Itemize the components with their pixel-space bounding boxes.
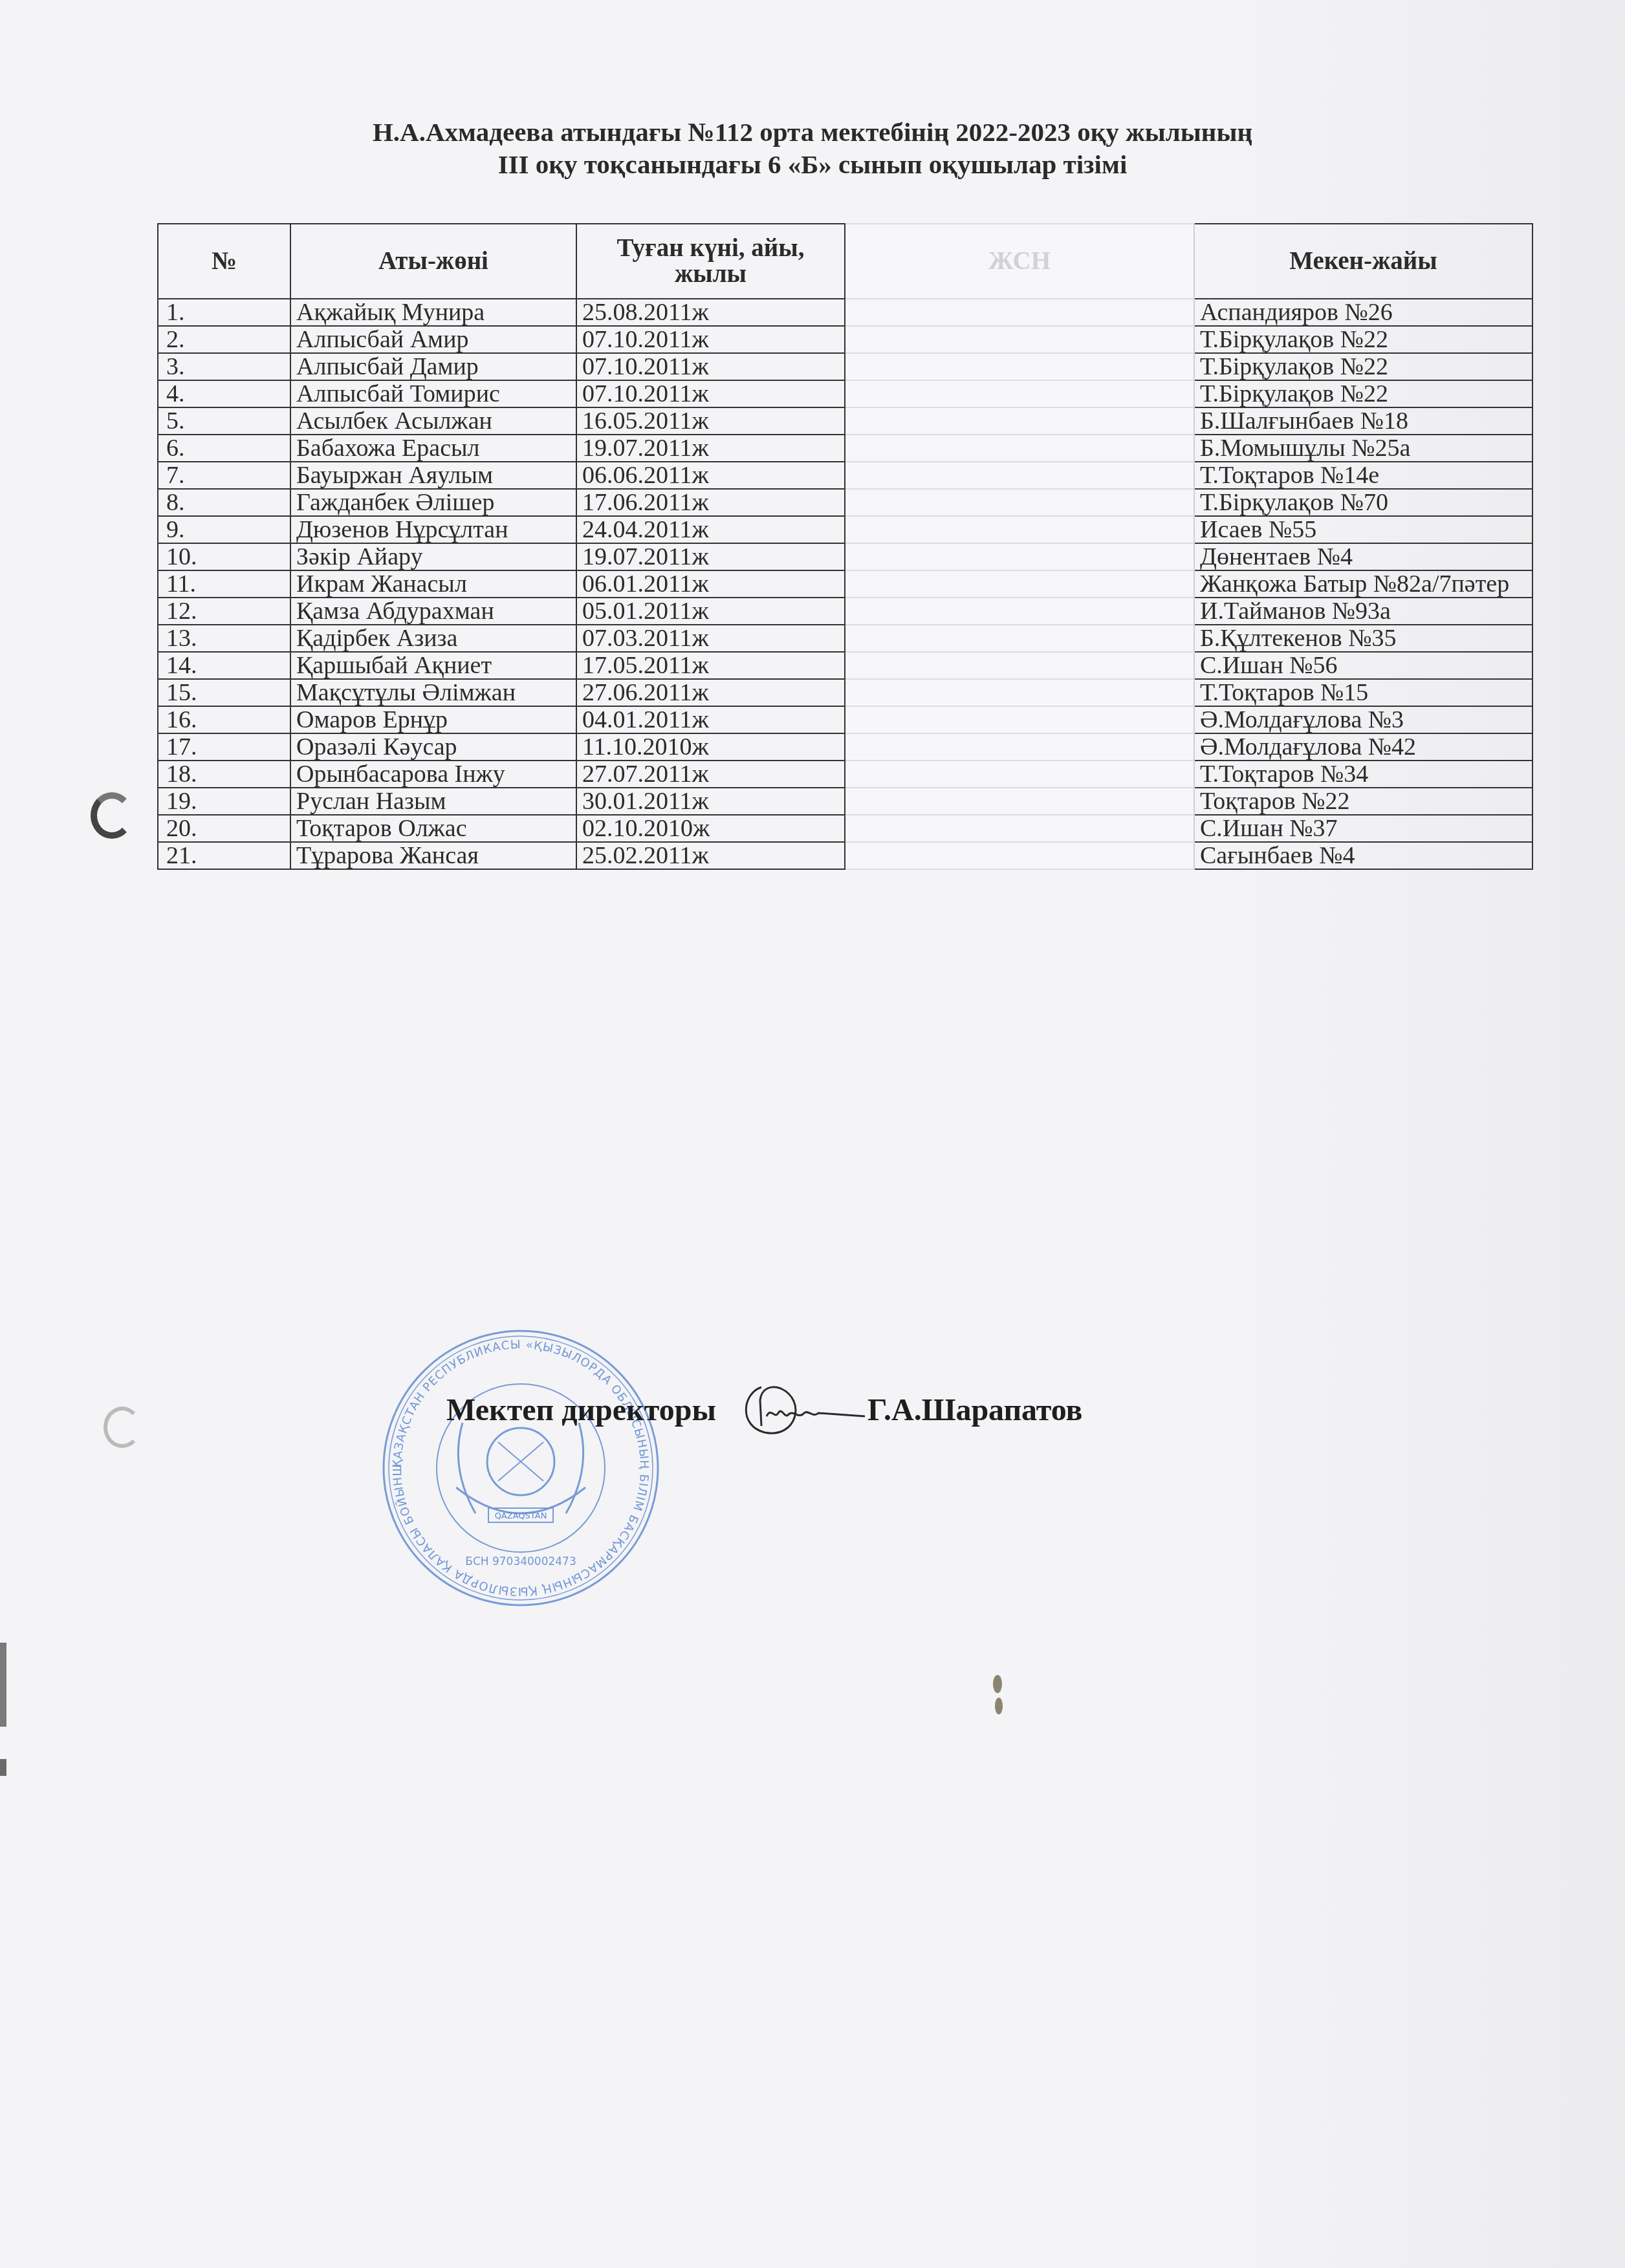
student-roster-table: № Аты-жөні Туған күні, айы, жылы ЖСН Мек…	[157, 223, 1533, 870]
header-iin-obscured: ЖСН	[845, 224, 1194, 299]
table-row: 15.Мақсұтұлы Әлімжан27.06.2011жТ.Тоқтаро…	[158, 679, 1532, 706]
cell-name: Қамза Абдурахман	[290, 598, 576, 625]
cell-num: 8.	[158, 489, 290, 516]
cell-iin-obscured	[845, 407, 1194, 435]
cell-iin-obscured	[845, 625, 1194, 652]
cell-num: 7.	[158, 462, 290, 489]
cell-dob: 07.10.2011ж	[576, 353, 845, 380]
cell-name: Руслан Назым	[290, 788, 576, 815]
official-stamp: ҚАЗАҚСТАН РЕСПУБЛИКАСЫ «ҚЫЗЫЛОРДА ОБЛЫСЫ…	[378, 1326, 663, 1610]
cell-num: 16.	[158, 706, 290, 733]
scan-edge-mark	[0, 1643, 6, 1727]
cell-iin-obscured	[845, 652, 1194, 679]
cell-address: Т.Тоқтаров №14е	[1194, 462, 1532, 489]
table-row: 19.Руслан Назым30.01.2011жТоқтаров №22	[158, 788, 1532, 815]
table-row: 12.Қамза Абдурахман05.01.2011жИ.Тайманов…	[158, 598, 1532, 625]
cell-name: Қаршыбай Ақниет	[290, 652, 576, 679]
cell-address: Т.Тоқтаров №15	[1194, 679, 1532, 706]
cell-address: Б.Құлтекенов №35	[1194, 625, 1532, 652]
cell-dob: 24.04.2011ж	[576, 516, 845, 543]
table-body: 1.Ақжайық Мунира25.08.2011жАспандияров №…	[158, 299, 1532, 869]
table-row: 17.Оразәлі Кәусар11.10.2010жӘ.Молдағұлов…	[158, 733, 1532, 761]
cell-iin-obscured	[845, 679, 1194, 706]
cell-iin-obscured	[845, 326, 1194, 353]
cell-address: Т.Бірқулақов №22	[1194, 353, 1532, 380]
cell-name: Ақжайық Мунира	[290, 299, 576, 326]
cell-address: Т.Бірқулақов №22	[1194, 380, 1532, 407]
cell-num: 11.	[158, 570, 290, 598]
signature-role: Мектеп директоры	[446, 1392, 716, 1428]
cell-name: Асылбек Асылжан	[290, 407, 576, 435]
signature-name: Г.А.Шарапатов	[867, 1392, 1083, 1428]
stamp-bin: БСН 970340002473	[465, 1555, 576, 1568]
cell-dob: 04.01.2011ж	[576, 706, 845, 733]
cell-iin-obscured	[845, 435, 1194, 462]
table-row: 4.Алпысбай Томирис07.10.2011жТ.Бірқулақо…	[158, 380, 1532, 407]
cell-name: Оразәлі Кәусар	[290, 733, 576, 761]
punch-hole-mark	[91, 792, 133, 839]
table-row: 9.Дюзенов Нұрсұлтан24.04.2011жИсаев №55	[158, 516, 1532, 543]
cell-num: 6.	[158, 435, 290, 462]
cell-name: Алпысбай Дамир	[290, 353, 576, 380]
cell-name: Омаров Ернұр	[290, 706, 576, 733]
cell-num: 21.	[158, 842, 290, 869]
cell-name: Бауыржан Аяулым	[290, 462, 576, 489]
cell-iin-obscured	[845, 598, 1194, 625]
table-row: 7.Бауыржан Аяулым06.06.2011жТ.Тоқтаров №…	[158, 462, 1532, 489]
table-header-row: № Аты-жөні Туған күні, айы, жылы ЖСН Мек…	[158, 224, 1532, 299]
cell-num: 2.	[158, 326, 290, 353]
cell-dob: 25.02.2011ж	[576, 842, 845, 869]
cell-iin-obscured	[845, 733, 1194, 761]
cell-dob: 30.01.2011ж	[576, 788, 845, 815]
cell-num: 17.	[158, 733, 290, 761]
cell-num: 19.	[158, 788, 290, 815]
cell-dob: 27.06.2011ж	[576, 679, 845, 706]
cell-iin-obscured	[845, 543, 1194, 570]
cell-name: Тоқтаров Олжас	[290, 815, 576, 842]
cell-num: 13.	[158, 625, 290, 652]
table-row: 3.Алпысбай Дамир07.10.2011жТ.Бірқулақов …	[158, 353, 1532, 380]
table-row: 13.Қадірбек Азиза07.03.2011жБ.Құлтекенов…	[158, 625, 1532, 652]
cell-iin-obscured	[845, 516, 1194, 543]
cell-name: Бабахожа Ерасыл	[290, 435, 576, 462]
cell-num: 14.	[158, 652, 290, 679]
cell-num: 1.	[158, 299, 290, 326]
cell-iin-obscured	[845, 788, 1194, 815]
table-row: 6.Бабахожа Ерасыл19.07.2011жБ.Момышұлы №…	[158, 435, 1532, 462]
cell-dob: 16.05.2011ж	[576, 407, 845, 435]
cell-address: Сағынбаев №4	[1194, 842, 1532, 869]
cell-num: 4.	[158, 380, 290, 407]
cell-num: 20.	[158, 815, 290, 842]
cell-dob: 06.01.2011ж	[576, 570, 845, 598]
cell-name: Зәкір Айару	[290, 543, 576, 570]
cell-dob: 17.05.2011ж	[576, 652, 845, 679]
cell-num: 9.	[158, 516, 290, 543]
cell-dob: 11.10.2010ж	[576, 733, 845, 761]
cell-address: Б.Шалғынбаев №18	[1194, 407, 1532, 435]
cell-name: Қадірбек Азиза	[290, 625, 576, 652]
cell-address: С.Ишан №56	[1194, 652, 1532, 679]
cell-iin-obscured	[845, 353, 1194, 380]
header-dob: Туған күні, айы, жылы	[576, 224, 845, 299]
cell-dob: 25.08.2011ж	[576, 299, 845, 326]
header-address: Мекен-жайы	[1194, 224, 1532, 299]
cell-iin-obscured	[845, 842, 1194, 869]
table-row: 10.Зәкір Айару19.07.2011жДөнентаев №4	[158, 543, 1532, 570]
cell-address: Тоқтаров №22	[1194, 788, 1532, 815]
scan-speck	[993, 1675, 1002, 1693]
cell-name: Икрам Жанасыл	[290, 570, 576, 598]
cell-address: Жанқожа Батыр №82а/7пәтер	[1194, 570, 1532, 598]
table-row: 8.Гажданбек Әлішер17.06.2011жТ.Бірқулақо…	[158, 489, 1532, 516]
cell-dob: 19.07.2011ж	[576, 543, 845, 570]
table-row: 21.Тұрарова Жансая25.02.2011жСағынбаев №…	[158, 842, 1532, 869]
cell-dob: 19.07.2011ж	[576, 435, 845, 462]
cell-num: 3.	[158, 353, 290, 380]
cell-iin-obscured	[845, 815, 1194, 842]
cell-address: Т.Тоқтаров №34	[1194, 761, 1532, 788]
document-title-line2: ІІІ оқу тоқсанындағы 6 «Б» сынып оқушыла…	[0, 147, 1625, 181]
cell-dob: 27.07.2011ж	[576, 761, 845, 788]
cell-name: Дюзенов Нұрсұлтан	[290, 516, 576, 543]
cell-name: Алпысбай Томирис	[290, 380, 576, 407]
stamp-emblem-text: QAZAQSTAN	[495, 1511, 547, 1521]
cell-dob: 05.01.2011ж	[576, 598, 845, 625]
handwritten-signature	[736, 1381, 865, 1439]
cell-iin-obscured	[845, 380, 1194, 407]
scan-edge-mark	[0, 1759, 6, 1776]
table-row: 2.Алпысбай Амир07.10.2011жТ.Бірқулақов №…	[158, 326, 1532, 353]
cell-name: Орынбасарова Інжу	[290, 761, 576, 788]
cell-dob: 07.03.2011ж	[576, 625, 845, 652]
table-row: 11.Икрам Жанасыл06.01.2011жЖанқожа Батыр…	[158, 570, 1532, 598]
cell-name: Алпысбай Амир	[290, 326, 576, 353]
punch-hole-mark	[104, 1407, 141, 1448]
cell-address: Т.Бірқулақов №70	[1194, 489, 1532, 516]
table-row: 1.Ақжайық Мунира25.08.2011жАспандияров №…	[158, 299, 1532, 326]
cell-address: И.Тайманов №93а	[1194, 598, 1532, 625]
table-row: 14.Қаршыбай Ақниет17.05.2011жС.Ишан №56	[158, 652, 1532, 679]
cell-address: Б.Момышұлы №25а	[1194, 435, 1532, 462]
table-row: 5.Асылбек Асылжан16.05.2011жБ.Шалғынбаев…	[158, 407, 1532, 435]
cell-dob: 07.10.2011ж	[576, 326, 845, 353]
cell-num: 15.	[158, 679, 290, 706]
table-row: 16.Омаров Ернұр04.01.2011жӘ.Молдағұлова …	[158, 706, 1532, 733]
cell-address: Аспандияров №26	[1194, 299, 1532, 326]
cell-dob: 17.06.2011ж	[576, 489, 845, 516]
header-name: Аты-жөні	[290, 224, 576, 299]
cell-num: 12.	[158, 598, 290, 625]
cell-address: Дөнентаев №4	[1194, 543, 1532, 570]
cell-dob: 06.06.2011ж	[576, 462, 845, 489]
header-num: №	[158, 224, 290, 299]
cell-iin-obscured	[845, 489, 1194, 516]
table-row: 18.Орынбасарова Інжу27.07.2011жТ.Тоқтаро…	[158, 761, 1532, 788]
cell-dob: 07.10.2011ж	[576, 380, 845, 407]
cell-iin-obscured	[845, 462, 1194, 489]
cell-iin-obscured	[845, 299, 1194, 326]
cell-name: Тұрарова Жансая	[290, 842, 576, 869]
cell-address: Т.Бірқулақов №22	[1194, 326, 1532, 353]
cell-iin-obscured	[845, 570, 1194, 598]
cell-num: 18.	[158, 761, 290, 788]
cell-num: 10.	[158, 543, 290, 570]
scan-speck	[995, 1698, 1003, 1714]
cell-name: Мақсұтұлы Әлімжан	[290, 679, 576, 706]
cell-dob: 02.10.2010ж	[576, 815, 845, 842]
document-title-line1: Н.А.Ахмадеева атындағы №112 орта мектебі…	[0, 115, 1625, 149]
cell-address: Ә.Молдағұлова №42	[1194, 733, 1532, 761]
cell-address: С.Ишан №37	[1194, 815, 1532, 842]
table-row: 20.Тоқтаров Олжас02.10.2010жС.Ишан №37	[158, 815, 1532, 842]
cell-address: Исаев №55	[1194, 516, 1532, 543]
cell-iin-obscured	[845, 761, 1194, 788]
cell-num: 5.	[158, 407, 290, 435]
director-signature-block: Мектеп директоры Г.А.Шарапатов	[446, 1381, 1083, 1439]
cell-address: Ә.Молдағұлова №3	[1194, 706, 1532, 733]
cell-name: Гажданбек Әлішер	[290, 489, 576, 516]
cell-iin-obscured	[845, 706, 1194, 733]
